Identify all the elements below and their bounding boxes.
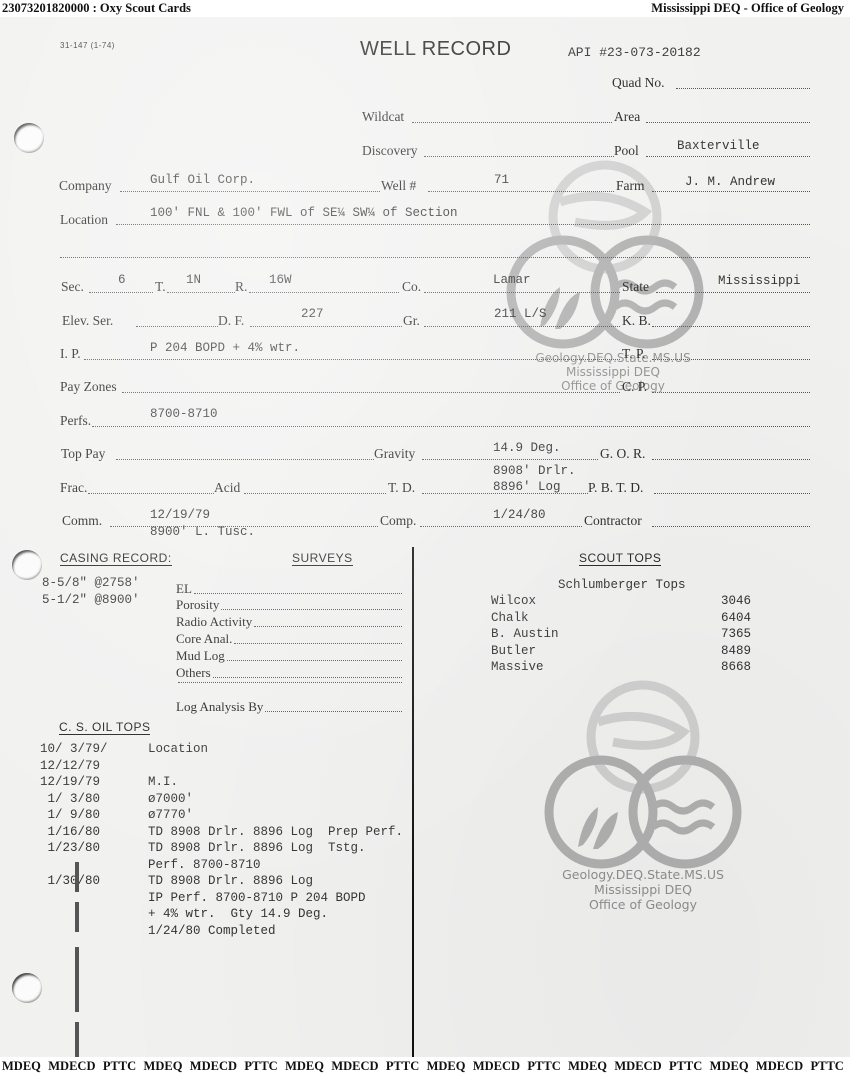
elev-ser-field — [136, 326, 218, 327]
kb-label: K. B. — [622, 313, 651, 329]
survey-label: Log Analysis By — [176, 699, 263, 716]
formation-name: Butler — [491, 643, 536, 660]
perfs-label: Perfs. — [60, 413, 91, 429]
pool-label: Pool — [614, 143, 639, 159]
pay-zones-label: Pay Zones — [60, 379, 117, 395]
survey-field — [234, 643, 402, 644]
list-item: 1/24/80 Completed — [40, 923, 440, 940]
sec-field — [89, 292, 153, 293]
quad-no-field — [676, 88, 810, 89]
watermark-office: Office of Geology — [543, 897, 743, 912]
entry-date: 12/19/79 — [40, 774, 148, 791]
top-pay-field — [116, 459, 374, 460]
list-item: 1/16/80TD 8908 Drlr. 8896 Log Prep Perf. — [40, 824, 440, 841]
hole-punch-icon — [12, 973, 42, 1003]
farm-label: Farm — [616, 178, 645, 194]
survey-label: Radio Activity — [176, 614, 252, 631]
entry-text: ø7000' — [148, 791, 193, 808]
entry-date: 10/ 3/79/ — [40, 741, 148, 758]
r-field — [249, 292, 399, 293]
entry-date: 1/23/80 — [40, 840, 148, 857]
county-value: Lamar — [493, 273, 531, 287]
formation-depth: 3046 — [721, 593, 751, 610]
formation-depth: 8668 — [721, 659, 751, 676]
survey-field — [227, 660, 402, 661]
table-row: B. Austin7365 — [491, 626, 751, 643]
footer-item: MDECD — [190, 1057, 237, 1076]
ip-field — [84, 359, 620, 360]
survey-field — [254, 626, 402, 627]
formation-name: B. Austin — [491, 626, 559, 643]
entry-date — [40, 906, 148, 923]
footer-item: MDEQ — [427, 1057, 466, 1076]
r-value: 16W — [269, 273, 292, 287]
document-id-title: 23073201820000 : Oxy Scout Cards — [2, 0, 191, 17]
area-label: Area — [614, 109, 640, 125]
location-field — [116, 224, 810, 225]
surveys-heading: SURVEYS — [292, 551, 353, 566]
api-number: API #23-073-20182 — [568, 45, 701, 60]
mdeq-watermark-logo: Geology.DEQ.State.MS.US Mississippi DEQ … — [505, 157, 705, 397]
casing-record-item: 5-1/2" @8900' — [42, 592, 140, 609]
list-item: 1/ 3/80ø7000' — [40, 791, 440, 808]
cp-field — [652, 392, 810, 393]
entry-date — [40, 890, 148, 907]
r-label: R. — [235, 279, 247, 295]
survey-label: Others — [176, 665, 211, 682]
perfs-value: 8700-8710 — [150, 407, 218, 421]
footer-item: MDEQ — [710, 1057, 749, 1076]
entry-date — [40, 857, 148, 874]
hole-punch-icon — [14, 123, 44, 153]
elev-ser-label: Elev. Ser. — [62, 313, 113, 329]
discovery-field — [424, 156, 614, 157]
gravity-field — [422, 459, 598, 460]
entry-date: 1/ 9/80 — [40, 807, 148, 824]
footer-item: PTTC — [810, 1057, 843, 1076]
td-label: T. D. — [388, 480, 415, 496]
frac-label: Frac. — [60, 480, 87, 496]
company-value: Gulf Oil Corp. — [150, 173, 255, 187]
survey-row-blank — [176, 682, 402, 687]
watermark-agency: Mississippi DEQ — [513, 365, 713, 379]
footer-item: MDECD — [48, 1057, 95, 1076]
footer-item: MDECD — [473, 1057, 520, 1076]
td-value-line2: 8896' Log — [493, 480, 561, 494]
company-label: Company — [59, 178, 112, 194]
footer-item: PTTC — [244, 1057, 277, 1076]
footer-item: PTTC — [386, 1057, 419, 1076]
survey-row-log-analysis-by: Log Analysis By — [176, 699, 402, 716]
frac-field — [88, 493, 214, 494]
table-row: Wilcox3046 — [491, 593, 751, 610]
survey-field — [178, 682, 402, 683]
top-pay-label: Top Pay — [61, 446, 105, 462]
geology-logo-icon — [543, 677, 743, 877]
perfs-field — [92, 426, 810, 427]
hole-punch-icon — [12, 550, 42, 580]
comp-value: 1/24/80 — [493, 508, 546, 522]
contractor-label: Contractor — [584, 513, 642, 529]
footer-item: MDEQ — [568, 1057, 607, 1076]
footer-item: PTTC — [103, 1057, 136, 1076]
location-value: 100' FNL & 100' FWL of SE¼ SW¼ of Sectio… — [150, 206, 458, 220]
well-no-value: 71 — [494, 173, 509, 187]
t-label: T. — [155, 279, 166, 295]
entry-text: + 4% wtr. Gty 14.9 Deg. — [148, 906, 328, 923]
form-number: 31-147 (1-74) — [60, 41, 115, 50]
farm-value: J. M. Andrew — [685, 175, 775, 189]
entry-text: 1/24/80 Completed — [148, 923, 276, 940]
entry-text: Perf. 8700-8710 — [148, 857, 261, 874]
entry-text: TD 8908 Drlr. 8896 Log Prep Perf. — [148, 824, 403, 841]
state-label: State — [622, 279, 649, 295]
entry-text: ø7770' — [148, 807, 193, 824]
t-value: 1N — [186, 273, 201, 287]
pool-value: Baxterville — [677, 139, 760, 153]
table-row: Butler8489 — [491, 643, 751, 660]
list-item: 10/ 3/79/Location — [40, 741, 440, 758]
footer-item: PTTC — [669, 1057, 702, 1076]
survey-label: Porosity — [176, 597, 219, 614]
list-item: 1/23/80TD 8908 Drlr. 8896 Log Tstg. — [40, 840, 440, 857]
cp-label: C. P. — [622, 379, 647, 395]
list-item: 12/19/79M.I. — [40, 774, 440, 791]
formation-name: Chalk — [491, 610, 529, 627]
well-no-field — [428, 191, 614, 192]
well-no-label: Well # — [381, 178, 416, 194]
survey-row-others: Others — [176, 665, 402, 682]
farm-field — [652, 191, 810, 192]
watermark-agency: Mississippi DEQ — [543, 882, 743, 897]
table-row: Massive8668 — [491, 659, 751, 676]
scout-tops-table: Wilcox3046 Chalk6404 B. Austin7365 Butle… — [491, 593, 751, 676]
survey-field — [194, 593, 402, 594]
entry-date: 1/30/80 — [40, 873, 148, 890]
footer-item: MDECD — [614, 1057, 661, 1076]
gor-field — [652, 459, 810, 460]
company-field — [120, 191, 380, 192]
entry-text: TD 8908 Drlr. 8896 Log Tstg. — [148, 840, 366, 857]
wildcat-label: Wildcat — [362, 109, 404, 125]
area-field — [646, 122, 810, 123]
acid-label: Acid — [214, 480, 240, 496]
watermark-office: Office of Geology — [513, 379, 713, 393]
scan-artifact — [75, 862, 79, 892]
survey-label: Mud Log — [176, 648, 225, 665]
watermark-url: Geology.DEQ.State.MS.US — [543, 867, 743, 882]
survey-field — [213, 677, 402, 678]
entry-text: Location — [148, 741, 208, 758]
location-field-line2 — [60, 257, 810, 258]
entry-date: 12/12/79 — [40, 758, 148, 775]
sec-value: 6 — [118, 273, 126, 287]
quad-no-label: Quad No. — [612, 75, 665, 91]
scout-tops-subheading: Schlumberger Tops — [558, 577, 686, 594]
survey-row-core-anal: Core Anal. — [176, 631, 402, 648]
footer-item: MDEQ — [285, 1057, 324, 1076]
entry-date: 1/ 3/80 — [40, 791, 148, 808]
footer-item: MDECD — [331, 1057, 378, 1076]
ip-value: P 204 BOPD + 4% wtr. — [150, 341, 300, 355]
ip-label: I. P. — [60, 346, 81, 362]
df-label: D. F. — [218, 313, 244, 329]
entry-text: TD 8908 Drlr. 8896 Log — [148, 873, 313, 890]
list-item: IP Perf. 8700-8710 P 204 BOPD — [40, 890, 440, 907]
td-value-line1: 8908' Drlr. — [493, 464, 576, 478]
comp-field — [420, 526, 582, 527]
gravity-label: Gravity — [374, 446, 415, 462]
wildcat-field — [412, 122, 612, 123]
cs-oil-tops-list: 10/ 3/79/Location 12/12/79 12/19/79M.I. … — [40, 741, 440, 939]
formation-name: Wilcox — [491, 593, 536, 610]
pay-zones-field — [122, 392, 620, 393]
formation-depth: 6404 — [721, 610, 751, 627]
footer-bar: MDEQ MDECD PTTC MDEQ MDECD PTTC MDEQ MDE… — [0, 1057, 850, 1076]
gor-label: G. O. R. — [600, 446, 645, 462]
footer-item: MDEQ — [144, 1057, 183, 1076]
entry-date — [40, 923, 148, 940]
page-title: WELL RECORD — [360, 38, 511, 61]
survey-row-radio-activity: Radio Activity — [176, 614, 402, 631]
acid-field — [244, 493, 386, 494]
entry-date: 1/16/80 — [40, 824, 148, 841]
list-item: 1/ 9/80ø7770' — [40, 807, 440, 824]
formation-name: Massive — [491, 659, 544, 676]
discovery-label: Discovery — [362, 143, 417, 159]
list-item: 1/30/80TD 8908 Drlr. 8896 Log — [40, 873, 440, 890]
survey-label: EL — [176, 581, 192, 598]
agency-title: Mississippi DEQ - Office of Geology — [651, 0, 844, 17]
tp-field — [652, 359, 810, 360]
gravity-value: 14.9 Deg. — [493, 441, 561, 455]
gr-value: 211 L/S — [494, 307, 547, 321]
survey-label: Core Anal. — [176, 631, 232, 648]
scan-artifact — [75, 947, 79, 1012]
formation-depth: 7365 — [721, 626, 751, 643]
footer-item: MDECD — [756, 1057, 803, 1076]
footer-item: PTTC — [527, 1057, 560, 1076]
mdeq-watermark-logo: Geology.DEQ.State.MS.US Mississippi DEQ … — [543, 677, 743, 917]
survey-field — [221, 609, 402, 610]
header-bar: 23073201820000 : Oxy Scout Cards Mississ… — [0, 0, 850, 17]
list-item: 12/12/79 — [40, 758, 440, 775]
watermark-url: Geology.DEQ.State.MS.US — [513, 351, 713, 365]
footer-item: MDEQ — [2, 1057, 41, 1076]
comm-value-line2: 8900' L. Tusc. — [150, 525, 255, 539]
pool-field — [646, 156, 810, 157]
t-field — [167, 292, 235, 293]
contractor-field — [652, 526, 810, 527]
comm-label: Comm. — [62, 513, 102, 529]
comp-label: Comp. — [380, 513, 416, 529]
df-field — [250, 326, 402, 327]
well-record-card: Geology.DEQ.State.MS.US Mississippi DEQ … — [0, 17, 850, 1057]
state-value: Mississippi — [718, 274, 801, 288]
casing-record-item: 8-5/8" @2758' — [42, 575, 140, 592]
scout-tops-heading: SCOUT TOPS — [579, 551, 661, 566]
survey-row-el: EL — [176, 581, 402, 598]
entry-text: IP Perf. 8700-8710 P 204 BOPD — [148, 890, 366, 907]
comm-value-line1: 12/19/79 — [150, 508, 210, 522]
tp-label: T. P. — [622, 346, 645, 362]
gr-label: Gr. — [403, 313, 420, 329]
list-item: Perf. 8700-8710 — [40, 857, 440, 874]
pbtd-field — [654, 493, 810, 494]
state-field — [656, 292, 810, 293]
survey-row-porosity: Porosity — [176, 597, 402, 614]
list-item: + 4% wtr. Gty 14.9 Deg. — [40, 906, 440, 923]
entry-text: M.I. — [148, 774, 178, 791]
scan-artifact — [75, 1022, 79, 1057]
survey-row-mud-log: Mud Log — [176, 648, 402, 665]
table-row: Chalk6404 — [491, 610, 751, 627]
pbtd-label: P. B. T. D. — [588, 480, 643, 496]
scan-artifact — [75, 902, 79, 932]
survey-field — [265, 711, 402, 712]
county-field — [424, 292, 620, 293]
cs-oil-tops-heading: C. S. OIL TOPS — [59, 720, 150, 735]
df-value: 227 — [301, 307, 324, 321]
casing-record-heading: CASING RECORD: — [60, 551, 172, 566]
location-label: Location — [60, 212, 108, 228]
sec-label: Sec. — [61, 279, 84, 295]
kb-field — [652, 326, 810, 327]
county-label: Co. — [402, 279, 421, 295]
gr-field — [424, 326, 620, 327]
formation-depth: 8489 — [721, 643, 751, 660]
